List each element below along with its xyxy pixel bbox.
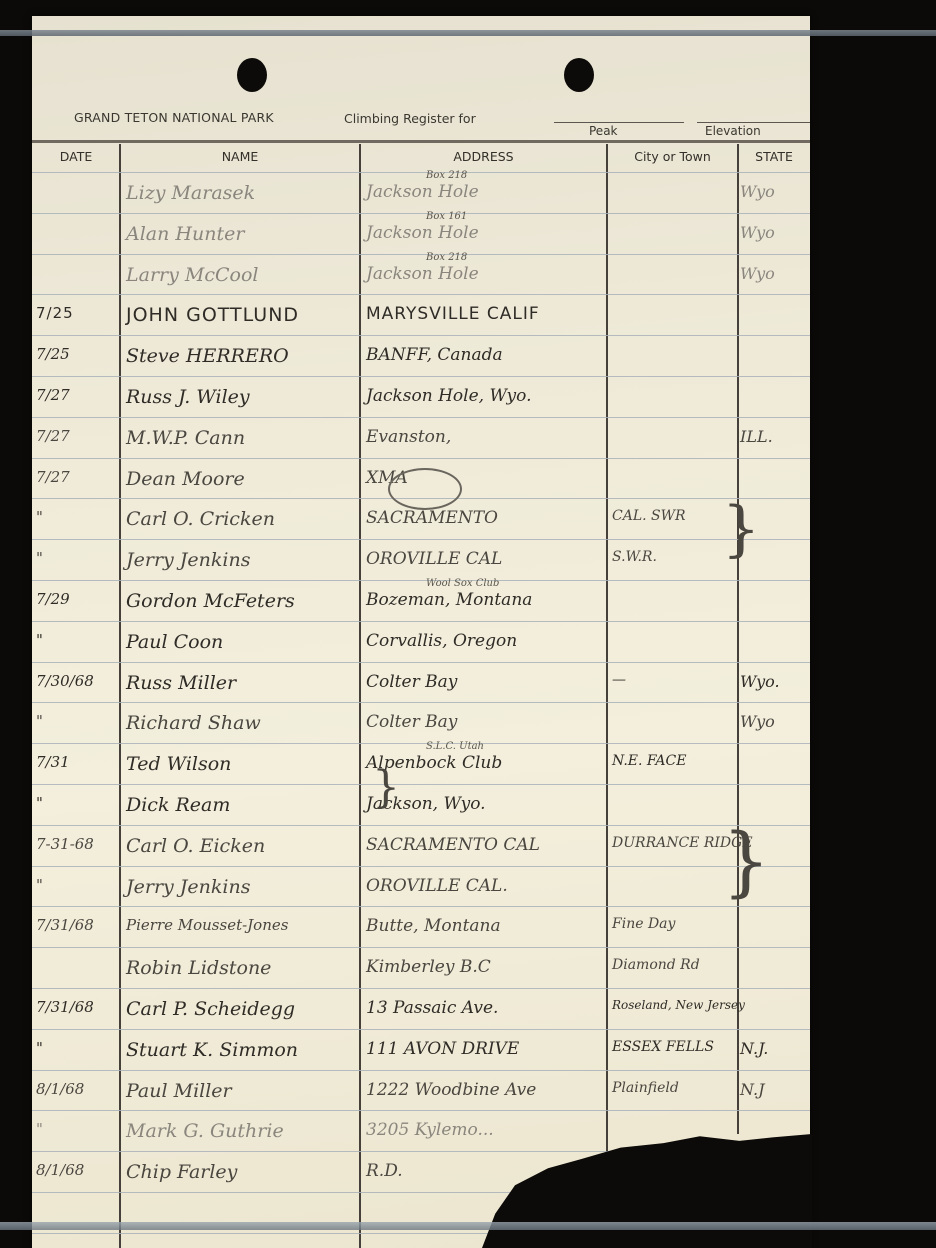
entry-name: Chip Farley — [126, 1161, 237, 1183]
entry-name: Lizy Marasek — [126, 182, 255, 204]
elevation-field — [697, 122, 810, 123]
entry-address: Kimberley B.C — [366, 957, 491, 977]
entry-state: Wyo — [740, 182, 775, 201]
entry-date: 7/31/68 — [36, 998, 94, 1016]
entry-address-note: Wool Sox Club — [426, 578, 499, 589]
entry-address-note: S.L.C. Utah — [426, 741, 484, 752]
entry-name: Ted Wilson — [126, 753, 231, 775]
entry-name: Larry McCool — [126, 264, 258, 286]
ruled-line — [32, 784, 810, 785]
entry-address: Colter Bay — [366, 672, 457, 692]
entry-address: 1222 Woodbine Ave — [366, 1080, 536, 1100]
entry-address: 13 Passaic Ave. — [366, 998, 498, 1018]
entry-city: Roseland, New Jersey — [612, 998, 745, 1012]
entry-date: 7/29 — [36, 590, 70, 608]
entry-address: Corvallis, Oregon — [366, 631, 517, 651]
plastic-sleeve-edge-top — [0, 30, 936, 36]
entry-state: Wyo — [740, 223, 775, 242]
entry-address: MARYSVILLE CALIF — [366, 304, 540, 324]
entry-name: Carl O. Cricken — [126, 508, 275, 530]
entry-name: Paul Coon — [126, 631, 223, 653]
ruled-line — [32, 866, 810, 867]
brace-mark: } — [722, 494, 760, 564]
entry-date: 7/27 — [36, 468, 70, 486]
entry-name: M.W.P. Cann — [126, 427, 245, 449]
entry-city: N.E. FACE — [612, 753, 686, 769]
column-divider — [737, 144, 739, 1134]
entry-address: 3205 Kylemo... — [366, 1120, 494, 1140]
park-name: GRAND TETON NATIONAL PARK — [74, 110, 274, 125]
entry-name: Mark G. Guthrie — [126, 1120, 284, 1142]
entry-name: Pierre Mousset-Jones — [126, 916, 288, 934]
entry-city: Fine Day — [612, 916, 675, 932]
ruled-line — [32, 1029, 810, 1030]
entry-state: Wyo — [740, 264, 775, 283]
ruled-line — [32, 825, 810, 826]
entry-date: 7/27 — [36, 386, 70, 404]
column-header-state: STATE — [738, 149, 810, 164]
column-divider — [359, 144, 361, 1248]
entry-name: Russ Miller — [126, 672, 236, 694]
ruled-line — [32, 294, 810, 295]
ruled-line — [32, 376, 810, 377]
entry-city: Diamond Rd — [612, 957, 700, 973]
brace-mark: } — [372, 762, 400, 813]
entry-name: Richard Shaw — [126, 712, 261, 734]
entry-date: " — [36, 1120, 43, 1138]
ruled-line — [32, 1070, 810, 1071]
column-divider — [606, 144, 608, 1248]
entry-name: Robin Lidstone — [126, 957, 271, 979]
entry-name: JOHN GOTTLUND — [126, 304, 299, 326]
entry-address-note: Box 218 — [426, 170, 467, 181]
entry-name: Russ J. Wiley — [126, 386, 250, 408]
ruled-line — [32, 580, 810, 581]
ruled-line — [32, 743, 810, 744]
entry-address: OROVILLE CAL — [366, 549, 502, 569]
entry-name: Paul Miller — [126, 1080, 232, 1102]
ruled-line — [32, 1110, 810, 1111]
entry-date: " — [36, 631, 43, 649]
entry-name: Carl O. Eicken — [126, 835, 265, 857]
entry-address: BANFF, Canada — [366, 345, 503, 365]
entry-name: Jerry Jenkins — [126, 549, 250, 571]
ruled-line — [32, 417, 810, 418]
entry-city: CAL. SWR — [612, 508, 686, 524]
ruled-line — [32, 662, 810, 663]
entry-address: SACRAMENTO — [366, 508, 498, 528]
entry-city: Plainfield — [612, 1080, 679, 1096]
entry-name: Gordon McFeters — [126, 590, 295, 612]
ruled-line — [32, 702, 810, 703]
entry-city: ESSEX FELLS — [612, 1039, 714, 1055]
entry-date: 7/31/68 — [36, 916, 94, 934]
ruled-line — [32, 988, 810, 989]
entry-address: 111 AVON DRIVE — [366, 1039, 519, 1059]
plastic-sleeve-edge-bottom — [0, 1222, 936, 1230]
entry-date: 7/31 — [36, 753, 70, 771]
entry-address: Jackson Hole — [366, 264, 479, 284]
ruled-line — [32, 213, 810, 214]
entry-state: N.J. — [740, 1039, 768, 1058]
entry-name: Stuart K. Simmon — [126, 1039, 298, 1061]
entry-address-note: Box 218 — [426, 252, 467, 263]
entry-city: — — [612, 672, 626, 688]
header-rule — [32, 140, 810, 143]
ruled-line — [32, 335, 810, 336]
entry-date: " — [36, 876, 43, 894]
column-header-name: NAME — [120, 149, 360, 164]
entry-address: Butte, Montana — [366, 916, 501, 936]
elevation-label: Elevation — [705, 124, 761, 138]
peak-field — [554, 122, 684, 123]
entry-date: " — [36, 508, 43, 526]
punch-hole — [237, 58, 267, 92]
entry-address: R.D. — [366, 1161, 403, 1181]
entry-address: Jackson Hole, Wyo. — [366, 386, 532, 406]
entry-date: 8/1/68 — [36, 1080, 84, 1098]
entry-date: " — [36, 794, 43, 812]
entry-address: OROVILLE CAL. — [366, 876, 508, 896]
entry-address: Bozeman, Montana — [366, 590, 532, 610]
entry-name: Carl P. Scheidegg — [126, 998, 295, 1020]
entry-date: 7/25 — [36, 345, 70, 363]
ruled-line — [32, 539, 810, 540]
entry-state: Wyo — [740, 712, 775, 731]
entry-date: " — [36, 1039, 43, 1057]
entry-address-note: Box 161 — [426, 211, 467, 222]
ruled-line — [32, 906, 810, 907]
entry-city: S.W.R. — [612, 549, 657, 565]
ruled-line — [32, 254, 810, 255]
ruled-line — [32, 172, 810, 173]
entry-state: ILL. — [740, 427, 773, 446]
circled-mark — [388, 468, 462, 510]
entry-date: 8/1/68 — [36, 1161, 84, 1179]
entry-address: Colter Bay — [366, 712, 457, 732]
ruled-line — [32, 947, 810, 948]
entry-date: " — [36, 712, 43, 730]
entry-name: Dean Moore — [126, 468, 245, 490]
entry-address: Jackson Hole — [366, 182, 479, 202]
register-label: Climbing Register for — [344, 111, 476, 126]
entry-address: SACRAMENTO CAL — [366, 835, 540, 855]
entry-state: Wyo. — [740, 672, 780, 691]
entry-date: " — [36, 549, 43, 567]
ruled-line — [32, 458, 810, 459]
peak-label: Peak — [589, 124, 618, 138]
entry-date: 7-31-68 — [36, 835, 94, 853]
entry-date: 7/27 — [36, 427, 70, 445]
ruled-line — [32, 621, 810, 622]
climbing-register-page: GRAND TETON NATIONAL PARK Climbing Regis… — [32, 16, 810, 1248]
entry-address: Jackson Hole — [366, 223, 479, 243]
column-header-date: DATE — [32, 149, 120, 164]
entry-name: Steve HERRERO — [126, 345, 289, 367]
entry-state: N.J — [740, 1080, 764, 1099]
entry-date: 7/25 — [36, 304, 74, 322]
column-header-city: City or Town — [607, 149, 738, 164]
entry-name: Alan Hunter — [126, 223, 244, 245]
punch-hole — [564, 58, 594, 92]
column-divider — [119, 144, 121, 1248]
entry-name: Dick Ream — [126, 794, 230, 816]
column-header-address: ADDRESS — [360, 149, 607, 164]
entry-name: Jerry Jenkins — [126, 876, 250, 898]
brace-mark: } — [722, 816, 770, 905]
entry-address: Evanston, — [366, 427, 451, 447]
entry-date: 7/30/68 — [36, 672, 94, 690]
